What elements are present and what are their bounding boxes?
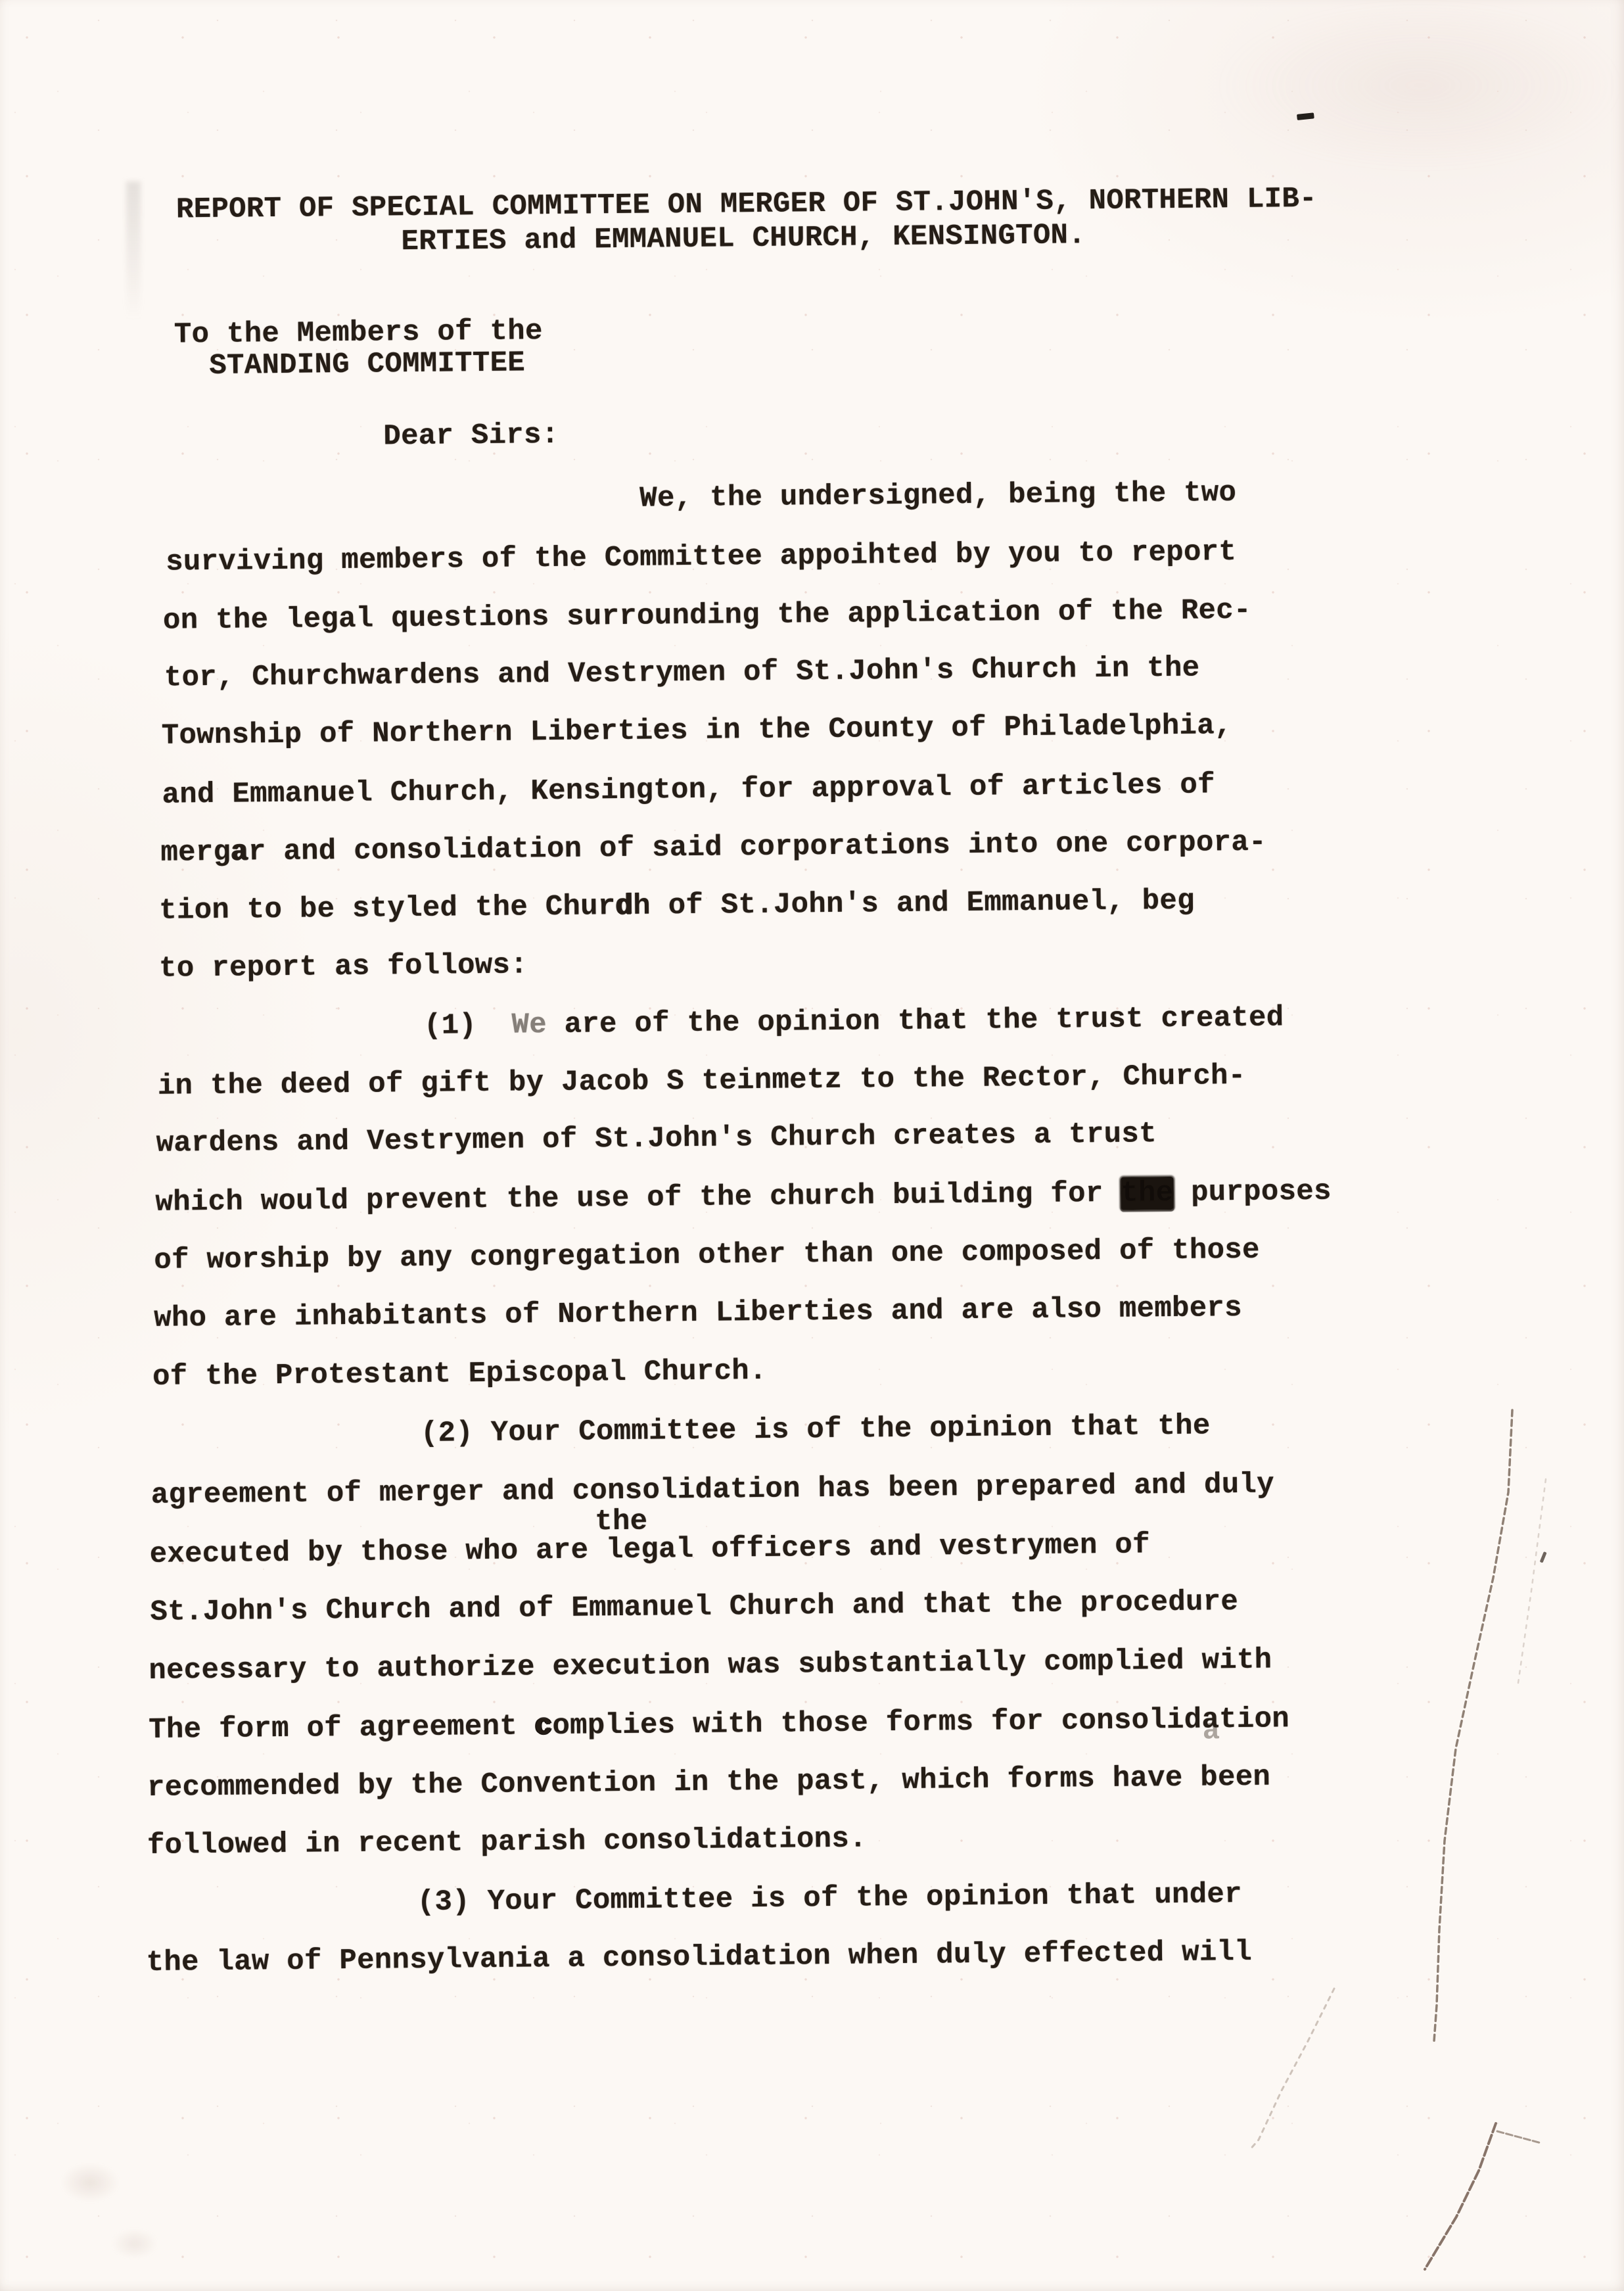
text-segment: STANDING COMMITTEE (209, 346, 525, 383)
text-segment: the law of Pennsylvania a consolidation … (146, 1936, 1252, 1979)
item2-line3: executed by those who are legal officers… (150, 1530, 1151, 1569)
item2-line6: The form of agreement complies with thos… (149, 1705, 1289, 1745)
item1-line7: of the Protestant Episcopal Church. (152, 1357, 767, 1392)
text-segment: (2) Your Committee is of the opinion tha… (421, 1409, 1211, 1450)
text-segment: agreement of merger and consolidation ha… (151, 1468, 1274, 1511)
item2-line4: St.John's Church and of Emmanuel Church … (150, 1588, 1238, 1627)
item2-line1: (2) Your Committee is of the opinion tha… (421, 1411, 1211, 1448)
para1-line7: mergar and consolidation of said corpora… (160, 828, 1266, 868)
scanned-document-page: REPORT OF SPECIAL COMMITTEE ON MERGER OF… (0, 0, 1624, 2291)
text-segment: on the legal questions surrounding the a… (163, 594, 1251, 638)
title-line-2: ERTIES and EMMANUEL CHURCH, KENSINGTON. (401, 221, 1086, 256)
text-segment: tion to be styled the Chur (159, 890, 616, 928)
text-segment: which would prevent the use of the churc… (155, 1177, 1121, 1219)
text-segment: purposes (1173, 1175, 1332, 1210)
text-segment: Township of Northern Liberties in the Co… (162, 709, 1232, 753)
text-segment: To the Members of the (174, 315, 543, 351)
text-segment: REPORT OF SPECIAL COMMITTEE ON MERGER OF… (176, 183, 1317, 227)
text-segment: tion (1219, 1703, 1289, 1736)
item1-line2: in the deed of gift by Jacob S teinmetz … (158, 1062, 1246, 1101)
text-segment: surviving members of the Committee appoi… (166, 536, 1236, 579)
text-segment: h of St.John's and Emmanuel, beg (633, 885, 1195, 923)
text-segment: in the deed of gift by Jacob S teinmetz … (158, 1060, 1246, 1103)
para1-line6: and Emmanuel Church, Kensington, for app… (162, 770, 1215, 809)
text-segment: (1) (424, 1009, 512, 1043)
para1-line9: to report as follows: (159, 951, 528, 983)
text-segment: recommended by the Convention in the pas… (147, 1761, 1270, 1805)
text-segment: St.John's Church and of Emmanuel Church … (150, 1586, 1238, 1629)
text-segment: omplies with those forms for consolid (552, 1704, 1201, 1743)
text-segment: of worship by any congregation other tha… (154, 1234, 1260, 1277)
text-segment: to report as follows: (159, 949, 528, 985)
item1-line5: of worship by any congregation other tha… (154, 1236, 1260, 1275)
item1-line4: which would prevent the use of the churc… (155, 1177, 1332, 1217)
text-segment: The form of agreement (149, 1710, 535, 1747)
item1-line1: (1) We are of the opinion that the trust… (424, 1003, 1284, 1041)
item3-line2: the law of Pennsylvania a consolidation … (146, 1938, 1252, 1977)
text-segment: and Emmanuel Church, Kensington, for app… (162, 768, 1215, 811)
item2-line7: recommended by the Convention in the pas… (147, 1763, 1270, 1803)
text-segment: wardens and Vestrymen of St.John's Churc… (156, 1118, 1157, 1160)
item2-line5: necessary to authorize execution was sub… (149, 1646, 1272, 1686)
text-segment: necessary to authorize execution was sub… (149, 1644, 1272, 1688)
salutation: Dear Sirs: (383, 421, 559, 452)
text-segment: are of the opinion that the trust create… (547, 1001, 1284, 1041)
para1-line2: surviving members of the Committee appoi… (166, 538, 1236, 577)
text-segment: followed in recent parish consolidations… (147, 1822, 867, 1862)
text-segment: of the Protestant Episcopal Church. (152, 1355, 767, 1394)
text-segment: Dear Sirs: (383, 419, 559, 454)
item2-line8: followed in recent parish consolidations… (147, 1824, 867, 1860)
text-segment: merg (160, 836, 231, 870)
segment-overtype: a (231, 836, 248, 868)
title-line-1: REPORT OF SPECIAL COMMITTEE ON MERGER OF… (176, 185, 1317, 225)
inserted-word-the: the (595, 1507, 648, 1537)
text-segment: (3) Your Committee is of the opinion tha… (417, 1878, 1243, 1919)
text-segment: r and consolidation of said corporations… (248, 826, 1266, 869)
item1-line3: wardens and Vestrymen of St.John's Churc… (156, 1120, 1157, 1158)
segment-blot: the (1121, 1177, 1174, 1210)
segment-overtype: d (615, 890, 633, 923)
segment-undermark: a (1201, 1703, 1219, 1736)
item1-line6: who are inhabitants of Northern Libertie… (154, 1294, 1242, 1333)
segment-faint: We (511, 1008, 547, 1042)
para1-line8: tion to be styled the Churdh of St.John'… (159, 887, 1195, 926)
para1-line4: tor, Churchwardens and Vestrymen of St.J… (164, 654, 1200, 693)
typewritten-text-layer: REPORT OF SPECIAL COMMITTEE ON MERGER OF… (0, 0, 1624, 2291)
addressee-line-1: To the Members of the (174, 317, 543, 349)
text-segment: ERTIES and EMMANUEL CHURCH, KENSINGTON. (401, 219, 1086, 258)
text-segment: tor, Churchwardens and Vestrymen of St.J… (164, 652, 1200, 695)
segment-overtype-heavy: c (535, 1710, 553, 1743)
para1-line5: Township of Northern Liberties in the Co… (162, 711, 1232, 751)
text-segment: executed by those who are legal officers… (149, 1528, 1150, 1571)
para1-line3: on the legal questions surrounding the a… (163, 596, 1251, 636)
addressee-line-2: STANDING COMMITTEE (209, 348, 525, 381)
para1-line1: We, the undersigned, being the two (639, 479, 1236, 513)
text-segment: We, the undersigned, being the two (639, 477, 1236, 515)
text-segment: who are inhabitants of Northern Libertie… (154, 1292, 1242, 1335)
item2-line2: agreement of merger and consolidation ha… (151, 1470, 1274, 1509)
item3-line1: (3) Your Committee is of the opinion tha… (417, 1880, 1242, 1917)
